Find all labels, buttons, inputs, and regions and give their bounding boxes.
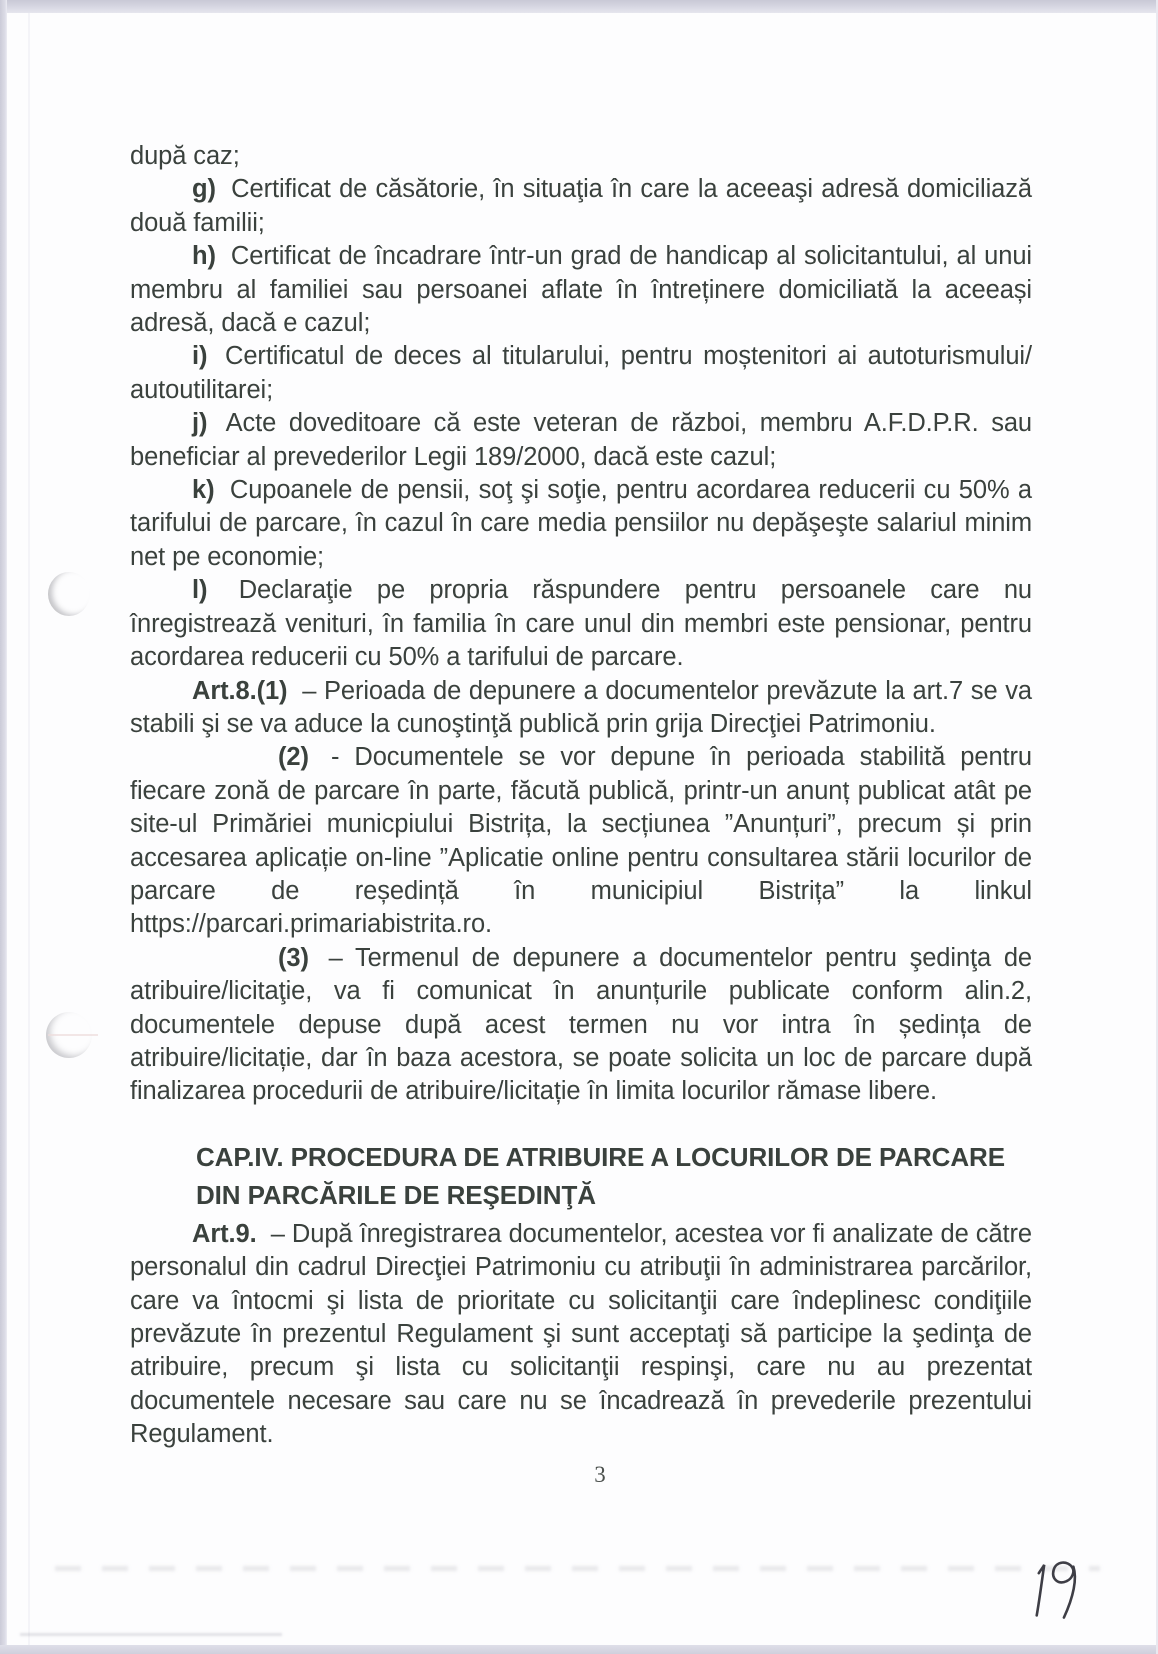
paragraph-item-g: g) Certificat de căsătorie, în situaţia … — [130, 173, 1032, 240]
paragraph-text: Cupoanele de pensii, soţ şi soţie, pentr… — [130, 476, 1032, 571]
paragraph-item-k: k) Cupoanele de pensii, soţ şi soţie, pe… — [130, 474, 1032, 574]
paragraph-text: – Termenul de depunere a documentelor pe… — [130, 944, 1032, 1106]
document-body: după caz; g) Certificat de căsătorie, în… — [130, 140, 1032, 1452]
article-label: Art.8.(1) — [192, 677, 287, 705]
paragraph-text: Certificatul de deces al titularului, pe… — [130, 342, 1032, 403]
item-label: i) — [192, 342, 207, 370]
paragraph-continuation: după caz; — [130, 140, 1032, 173]
paragraph-art8-2: (2) - Documentele se vor depune în perio… — [130, 741, 1032, 941]
bleed-through-smudge — [55, 1566, 1100, 1571]
handwritten-19-strokes — [1016, 1553, 1097, 1626]
paragraph-text: - Documentele se vor depune în perioada … — [130, 743, 1032, 938]
hole-punch-mark — [46, 1012, 92, 1058]
bleed-through-smudge — [20, 1633, 282, 1636]
scan-edge-left — [0, 0, 7, 1654]
article-label: Art.9. — [192, 1220, 257, 1248]
paragraph-art8-1: Art.8.(1) – Perioada de depunere a docum… — [130, 675, 1032, 742]
scanned-page: după caz; g) Certificat de căsătorie, în… — [0, 0, 1158, 1654]
paragraph-item-l: l) Declaraţie pe propria răspundere pent… — [130, 574, 1032, 674]
paragraph-text: Declaraţie pe propria răspundere pentru … — [130, 576, 1032, 671]
paragraph-art9: Art.9. – După înregistrarea documentelor… — [130, 1218, 1032, 1452]
hole-punch-mark — [48, 572, 90, 616]
paragraph-item-i: i) Certificatul de deces al titularului,… — [130, 340, 1032, 407]
page-number: 3 — [140, 1462, 1060, 1488]
paragraph-text: după caz; — [130, 142, 240, 170]
paragraph-text: Acte doveditoare că este veteran de răzb… — [130, 409, 1032, 470]
article-label: (2) — [278, 743, 309, 771]
paragraph-art8-3: (3) – Termenul de depunere a documentelo… — [130, 942, 1032, 1109]
item-label: g) — [192, 175, 216, 203]
item-label: l) — [192, 576, 207, 604]
paragraph-text: Certificat de încadrare într-un grad de … — [130, 242, 1032, 337]
chapter-heading-line1: CAP.IV. PROCEDURA DE ATRIBUIRE A LOCURIL… — [196, 1138, 1032, 1176]
paragraph-text: – După înregistrarea documentelor, acest… — [130, 1220, 1032, 1448]
article-label: (3) — [278, 944, 309, 972]
chapter-heading-line2: DIN PARCĂRILE DE REŞEDINŢĂ — [196, 1176, 1032, 1214]
item-label: h) — [192, 242, 216, 270]
handwritten-page-number — [1016, 1553, 1097, 1626]
chapter-heading: CAP.IV. PROCEDURA DE ATRIBUIRE A LOCURIL… — [196, 1138, 1032, 1214]
scan-edge-top — [0, 0, 1158, 13]
paragraph-text: Certificat de căsătorie, în situaţia în … — [130, 175, 1032, 236]
paragraph-item-j: j) Acte doveditoare că este veteran de r… — [130, 407, 1032, 474]
scan-edge-bottom — [0, 1645, 1158, 1654]
scan-fold-line — [28, 13, 30, 1645]
paragraph-item-h: h) Certificat de încadrare într-un grad … — [130, 240, 1032, 340]
item-label: j) — [192, 409, 207, 437]
item-label: k) — [192, 476, 214, 504]
